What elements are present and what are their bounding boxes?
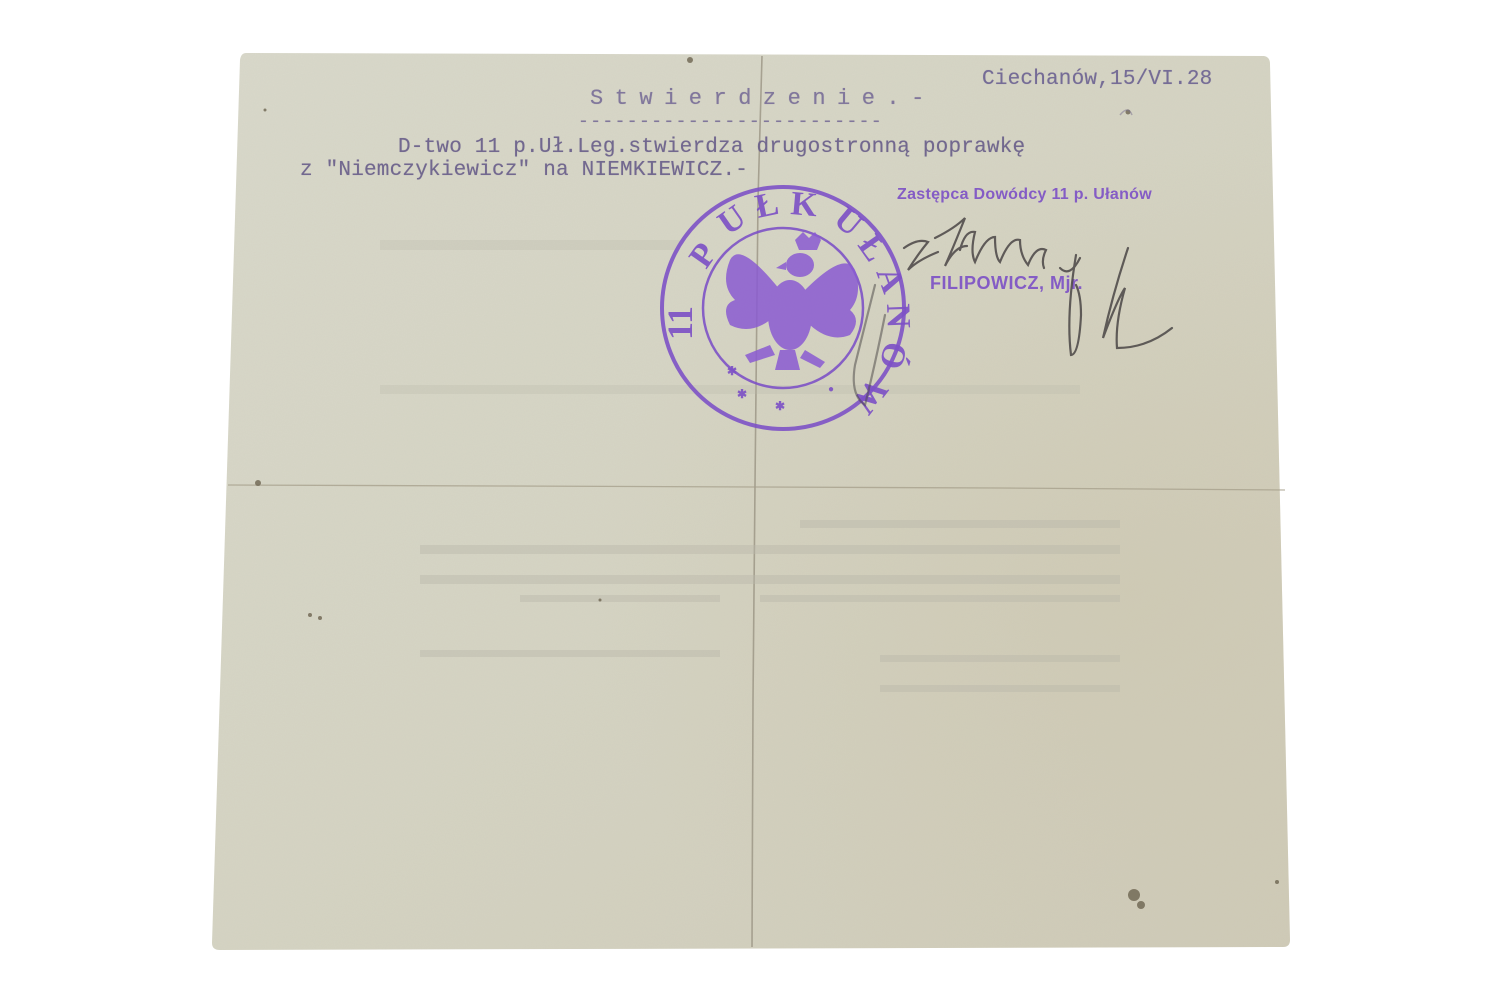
document-sheet: 11 P U Ł K U Ł A N Ó W ✱ ✱ ✱ ● Ciechanów…	[0, 0, 1500, 1000]
handwritten-signature	[0, 0, 1500, 1000]
